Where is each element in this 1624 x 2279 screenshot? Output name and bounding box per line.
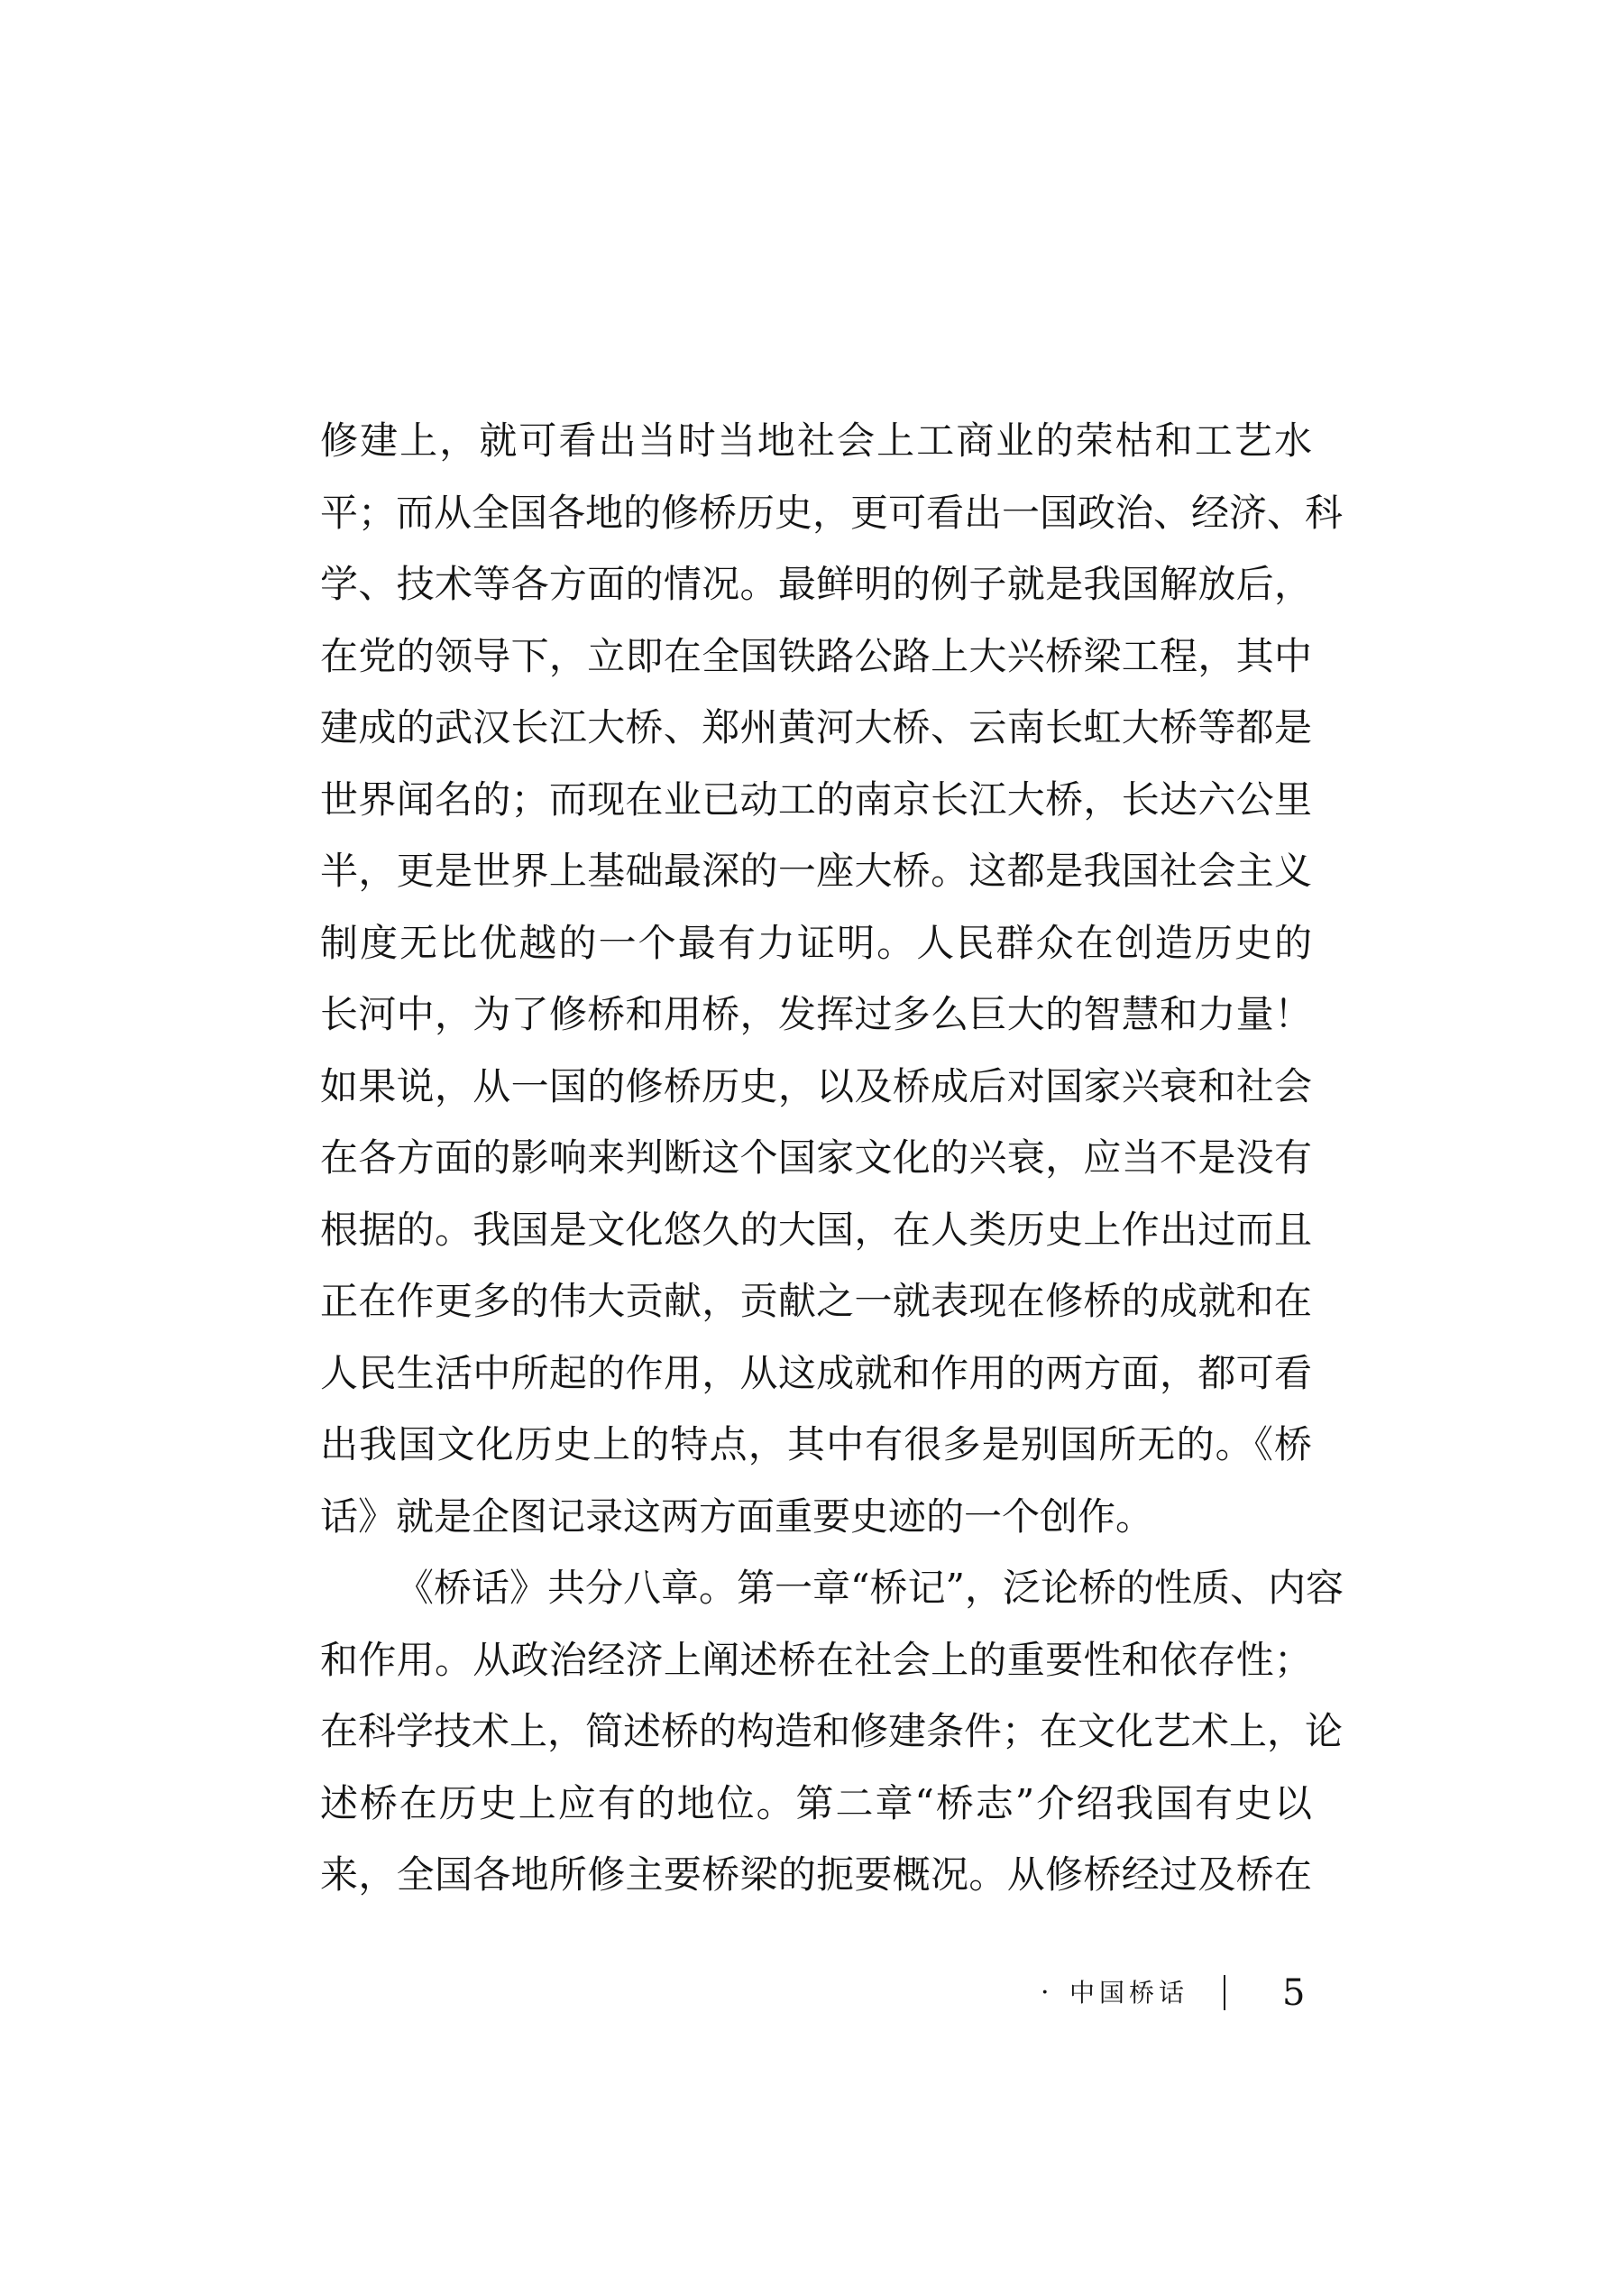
text-line: 建成的武汉长江大桥、郑州黄河大桥、云南长虹大桥等都是	[320, 692, 1312, 764]
text-line: 平；而从全国各地的修桥历史，更可看出一国政治、经济、科	[320, 477, 1312, 549]
text-line: 来，全国各地所修主要桥梁的扼要概况。从修桥经过及桥在	[320, 1839, 1312, 1911]
footer-page-number: 5	[1282, 1966, 1305, 2020]
text-line: 根据的。我国是文化悠久的大国，在人类历史上作出过而且	[320, 1194, 1312, 1266]
text-line: 修建上，就可看出当时当地社会上工商业的荣枯和工艺水	[320, 405, 1312, 477]
text-line: 述桥在历史上应有的地位。第二章“桥志”介绍我国有史以	[320, 1768, 1312, 1840]
text-line: 《桥话》共分八章。第一章“桥记”，泛论桥的性质、内容	[320, 1552, 1312, 1624]
body-text: 修建上，就可看出当时当地社会上工商业的荣枯和工艺水平；而从全国各地的修桥历史，更…	[320, 405, 1312, 1911]
text-line: 人民生活中所起的作用，从这成就和作用的两方面，都可看	[320, 1337, 1312, 1410]
text-line: 在科学技术上，简述桥的构造和修建条件；在文化艺术上，论	[320, 1695, 1312, 1768]
text-line: 和作用。从政治经济上阐述桥在社会上的重要性和依存性；	[320, 1624, 1312, 1696]
text-line: 在各方面的影响来判断这个国家文化的兴衰，应当不是没有	[320, 1122, 1312, 1194]
text-line: 正在作更多的伟大贡献，贡献之一就表现在修桥的成就和在	[320, 1265, 1312, 1337]
book-page: 修建上，就可看出当时当地社会上工商业的荣枯和工艺水平；而从全国各地的修桥历史，更…	[0, 0, 1624, 2279]
footer-divider-bar	[1224, 1975, 1225, 2010]
text-line: 学、技术等各方面的情况。最鲜明的例子就是我国解放后，	[320, 548, 1312, 620]
text-line: 出我国文化历史上的特点，其中有很多是别国所无的。《桥	[320, 1409, 1312, 1481]
text-line: 长河中，为了修桥和用桥，发挥过多么巨大的智慧和力量！	[320, 979, 1312, 1051]
footer-dot: ·	[1041, 1966, 1050, 2020]
text-line: 如果说，从一国的修桥历史，以及桥成后对国家兴衰和社会	[320, 1051, 1312, 1123]
text-line: 话》就是企图记录这两方面重要史迹的一个创作。	[320, 1481, 1312, 1553]
page-footer: · 中国桥话 5	[0, 1966, 1624, 2020]
footer-book-title: 中国桥话	[1069, 1966, 1188, 2020]
text-line: 在党的领导下，立即在全国铁路公路上大兴桥梁工程，其中	[320, 620, 1312, 693]
text-line: 制度无比优越的一个最有力证明。人民群众在创造历史的	[320, 907, 1312, 979]
text-line: 半，更是世界上基础最深的一座大桥。这都是我国社会主义	[320, 835, 1312, 907]
text-line: 世界闻名的；而现在业已动工的南京长江大桥，长达六公里	[320, 764, 1312, 836]
